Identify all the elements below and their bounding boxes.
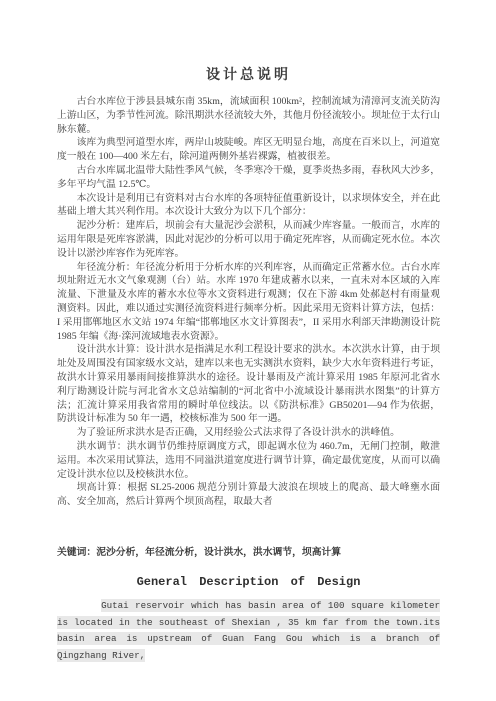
paragraph-design-flood: 设计洪水计算：设计洪水是指满足水利工程设计要求的洪水。本次洪水计算，由于坝址处及… bbox=[57, 343, 440, 426]
document-page: 设计总说明 古台水库位于涉县县城东南 35km，流域面积 100km²，控制流域… bbox=[0, 0, 496, 701]
keywords-text: 泥沙分析，年径流分析，设计洪水，洪水调节，坝高计算 bbox=[96, 547, 341, 558]
keywords-line: 关键词：泥沙分析，年径流分析，设计洪水，洪水调节，坝高计算 bbox=[57, 546, 440, 560]
english-paragraph: Gutai reservoir which has basin area of … bbox=[57, 598, 440, 664]
paragraph-flood-verification: 为了验证所求洪水是否正确，又用经验公式法求得了各设计洪水的洪峰值。 bbox=[57, 426, 440, 440]
paragraph-design-purpose: 本次设计是利用已有资料对古台水库的各项特征值重新设计，以求坝体安全，并在此基础上… bbox=[57, 192, 440, 220]
chinese-body: 古台水库位于涉县县城东南 35km，流域面积 100km²，控制流域为清漳河支流… bbox=[57, 95, 440, 509]
keywords-label: 关键词： bbox=[57, 547, 96, 558]
english-highlighted-text: Gutai reservoir which has basin area of … bbox=[57, 599, 440, 662]
paragraph-annual-runoff: 年径流分析：年径流分析用于分析水库的兴利库容，从而确定正常蓄水位。古台水库坝址附… bbox=[57, 261, 440, 344]
paragraph-sediment-analysis: 泥沙分析：建库后，坝前会有大量泥沙会淤积，从而减少库容量。一般而言，水库的运用年… bbox=[57, 219, 440, 260]
paragraph-reservoir-type: 该库为典型河道型水库，两岸山坡陡峻。库区无明显台地，高度在百米以上，河道宽度一般… bbox=[57, 136, 440, 164]
english-title: General Description of Design bbox=[57, 575, 440, 589]
paragraph-flood-regulation: 洪水调节：洪水调节仍维持原调度方式，即起调水位为 460.7m，无闸门控制，敞泄… bbox=[57, 440, 440, 481]
paragraph-location: 古台水库位于涉县县城东南 35km，流域面积 100km²，控制流域为清漳河支流… bbox=[57, 95, 440, 136]
paragraph-dam-height: 坝高计算：根据 SL25-2006 规范分别计算最大波浪在坝坡上的爬高、最大峰壅… bbox=[57, 481, 440, 509]
document-title: 设计总说明 bbox=[57, 64, 440, 84]
paragraph-climate: 古台水库属北温带大陆性季风气候，冬季寒冷干燥，夏季炎热多雨，春秋风大沙多，多年平… bbox=[57, 164, 440, 192]
